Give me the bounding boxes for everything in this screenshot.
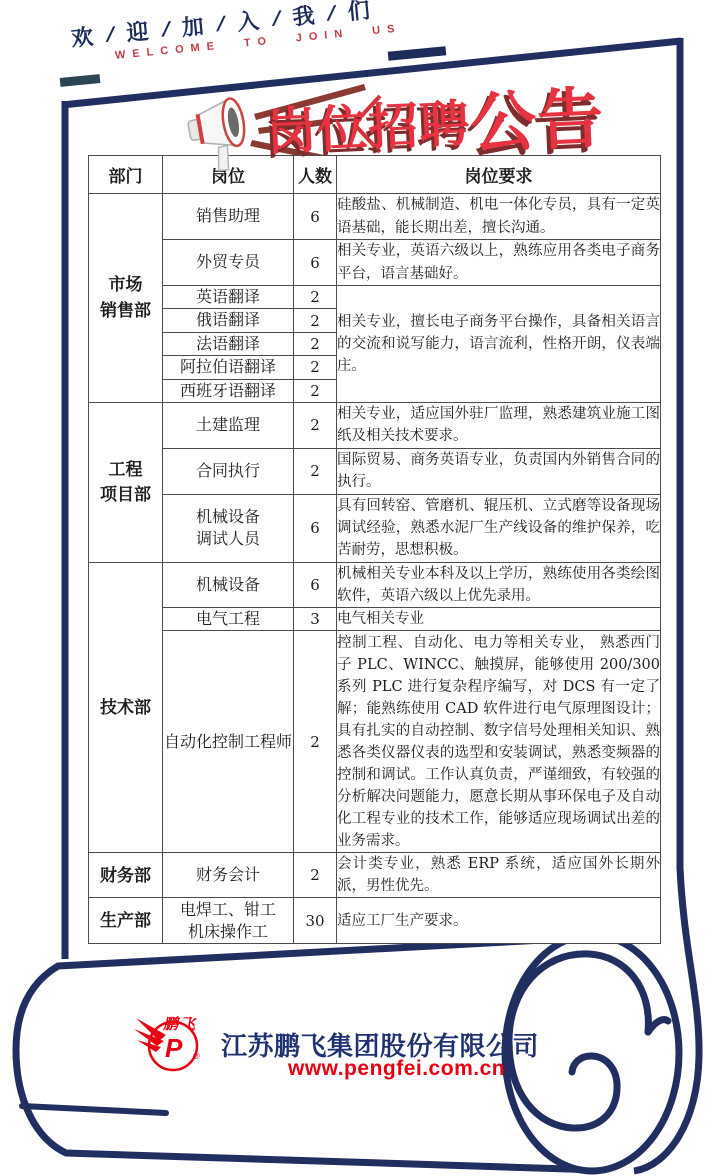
table-row: 合同执行2国际贸易、商务英语专业，负责国内外销售合同的执行。 bbox=[89, 448, 661, 494]
welcome-char: 入 bbox=[236, 10, 260, 34]
page-title-part1: 岗位招聘 bbox=[265, 95, 471, 160]
table-row: 工程 项目部土建监理2相关专业，适应国外驻厂监理，熟悉建筑业施工图纸及相关技术要… bbox=[89, 402, 661, 448]
position-cell: 财务会计 bbox=[163, 853, 294, 898]
position-cell: 机械设备 调试人员 bbox=[163, 494, 294, 562]
requirement-cell: 机械相关专业本科及以上学历，熟练使用各类绘图软件，英语六级以上优先录用。 bbox=[337, 562, 661, 607]
table-row: 自动化控制工程师2控制工程、自动化、电力等相关专业， 熟悉西门子 PLC、WIN… bbox=[89, 631, 661, 853]
requirement-cell: 电气相关专业 bbox=[337, 608, 661, 631]
position-cell: 阿拉伯语翻译 bbox=[163, 356, 294, 379]
header-cell: 部门 bbox=[89, 156, 163, 194]
department-cell: 工程 项目部 bbox=[89, 402, 163, 562]
slash-separator: / bbox=[327, 4, 335, 25]
headcount-cell: 2 bbox=[294, 379, 337, 402]
headcount-cell: 2 bbox=[294, 332, 337, 355]
headcount-cell: 6 bbox=[294, 562, 337, 607]
department-cell: 市场 销售部 bbox=[89, 194, 163, 403]
requirement-cell: 会计类专业，熟悉 ERP 系统，适应国外长期外派，男性优先。 bbox=[337, 853, 661, 898]
requirement-cell: 相关专业，适应国外驻厂监理，熟悉建筑业施工图纸及相关技术要求。 bbox=[337, 402, 661, 448]
headcount-cell: 6 bbox=[294, 240, 337, 286]
requirement-cell: 适应工厂生产要求。 bbox=[337, 898, 661, 944]
position-cell: 电气工程 bbox=[163, 608, 294, 631]
table-row: 机械设备 调试人员6具有回转窑、管磨机、辊压机、立式磨等设备现场调试经验，熟悉水… bbox=[89, 494, 661, 562]
megaphone-icon bbox=[186, 94, 262, 174]
header-cell: 岗位要求 bbox=[337, 156, 661, 194]
headcount-cell: 2 bbox=[294, 309, 337, 332]
welcome-char: 加 bbox=[181, 15, 205, 39]
jobs-table: 部门岗位人数岗位要求市场 销售部销售助理6硅酸盐、机械制造、机电一体化专员，具有… bbox=[88, 155, 661, 944]
welcome-char: 们 bbox=[347, 0, 371, 23]
headcount-cell: 6 bbox=[294, 194, 337, 240]
position-cell: 土建监理 bbox=[163, 402, 294, 448]
requirement-cell: 国际贸易、商务英语专业，负责国内外销售合同的执行。 bbox=[337, 448, 661, 494]
table-row: 电气工程3电气相关专业 bbox=[89, 608, 661, 631]
page-title: 岗位招聘公告 bbox=[265, 79, 606, 160]
table-row: 生产部电焊工、钳工 机床操作工30适应工厂生产要求。 bbox=[89, 898, 661, 944]
table-row: 市场 销售部销售助理6硅酸盐、机械制造、机电一体化专员，具有一定英语基础，能长期… bbox=[89, 194, 661, 240]
slash-separator: / bbox=[106, 25, 114, 46]
headcount-cell: 30 bbox=[294, 898, 337, 944]
position-cell: 外贸专员 bbox=[163, 240, 294, 286]
headcount-cell: 3 bbox=[294, 608, 337, 631]
table-row: 技术部机械设备6机械相关专业本科及以上学历，熟练使用各类绘图软件，英语六级以上优… bbox=[89, 562, 661, 607]
logo-monogram: P bbox=[165, 1033, 183, 1063]
slash-separator: / bbox=[217, 14, 225, 35]
headcount-cell: 2 bbox=[294, 286, 337, 309]
position-cell: 合同执行 bbox=[163, 448, 294, 494]
welcome-char: 我 bbox=[291, 5, 315, 29]
position-cell: 销售助理 bbox=[163, 194, 294, 240]
position-cell: 俄语翻译 bbox=[163, 309, 294, 332]
website-link[interactable]: www.pengfei.com.cn bbox=[288, 1057, 505, 1081]
requirement-cell: 具有回转窑、管磨机、辊压机、立式磨等设备现场调试经验，熟悉水泥厂生产线设备的维护… bbox=[337, 494, 661, 562]
header-cell: 人数 bbox=[294, 156, 337, 194]
page-title-part2: 公告 bbox=[469, 85, 606, 157]
headcount-cell: 2 bbox=[294, 402, 337, 448]
logo-text: 鹏飞 bbox=[163, 1013, 197, 1034]
welcome-char: 欢 bbox=[70, 26, 94, 50]
table-row: 外贸专员6相关专业，英语六级以上，熟练应用各类电子商务平台，语言基础好。 bbox=[89, 240, 661, 286]
position-cell: 法语翻译 bbox=[163, 332, 294, 355]
department-cell: 财务部 bbox=[89, 853, 163, 898]
requirement-cell: 相关专业，英语六级以上，熟练应用各类电子商务平台，语言基础好。 bbox=[337, 240, 661, 286]
headcount-cell: 2 bbox=[294, 356, 337, 379]
registered-mark-icon: ® bbox=[193, 1051, 200, 1061]
headcount-cell: 2 bbox=[294, 853, 337, 898]
headcount-cell: 2 bbox=[294, 448, 337, 494]
department-cell: 生产部 bbox=[89, 898, 163, 944]
requirement-cell: 相关专业，擅长电子商务平台操作，具备相关语言的交流和说写能力，语言流利，性格开朗… bbox=[337, 286, 661, 403]
slash-separator: / bbox=[272, 9, 280, 30]
position-cell: 自动化控制工程师 bbox=[163, 631, 294, 853]
headcount-cell: 6 bbox=[294, 494, 337, 562]
table-row: 英语翻译2相关专业，擅长电子商务平台操作，具备相关语言的交流和说写能力，语言流利… bbox=[89, 286, 661, 309]
requirement-cell: 硅酸盐、机械制造、机电一体化专员，具有一定英语基础，能长期出差，擅长沟通。 bbox=[337, 194, 661, 240]
position-cell: 电焊工、钳工 机床操作工 bbox=[163, 898, 294, 944]
jobs-table-wrap: 部门岗位人数岗位要求市场 销售部销售助理6硅酸盐、机械制造、机电一体化专员，具有… bbox=[88, 155, 661, 944]
table-row: 财务部财务会计2会计类专业，熟悉 ERP 系统，适应国外长期外派，男性优先。 bbox=[89, 853, 661, 898]
table-row: 部门岗位人数岗位要求 bbox=[89, 156, 661, 194]
welcome-char: 迎 bbox=[126, 21, 150, 45]
headcount-cell: 2 bbox=[294, 631, 337, 853]
requirement-cell: 控制工程、自动化、电力等相关专业， 熟悉西门子 PLC、WINCC、触摸屏，能够… bbox=[337, 631, 661, 853]
slash-separator: / bbox=[161, 20, 169, 41]
position-cell: 机械设备 bbox=[163, 562, 294, 607]
position-cell: 西班牙语翻译 bbox=[163, 379, 294, 402]
department-cell: 技术部 bbox=[89, 562, 163, 852]
position-cell: 英语翻译 bbox=[163, 286, 294, 309]
recruitment-poster: 欢/迎/加/入/我/们 WELCOME TO JOIN US 岗位招聘公告 部门… bbox=[0, 0, 720, 1176]
